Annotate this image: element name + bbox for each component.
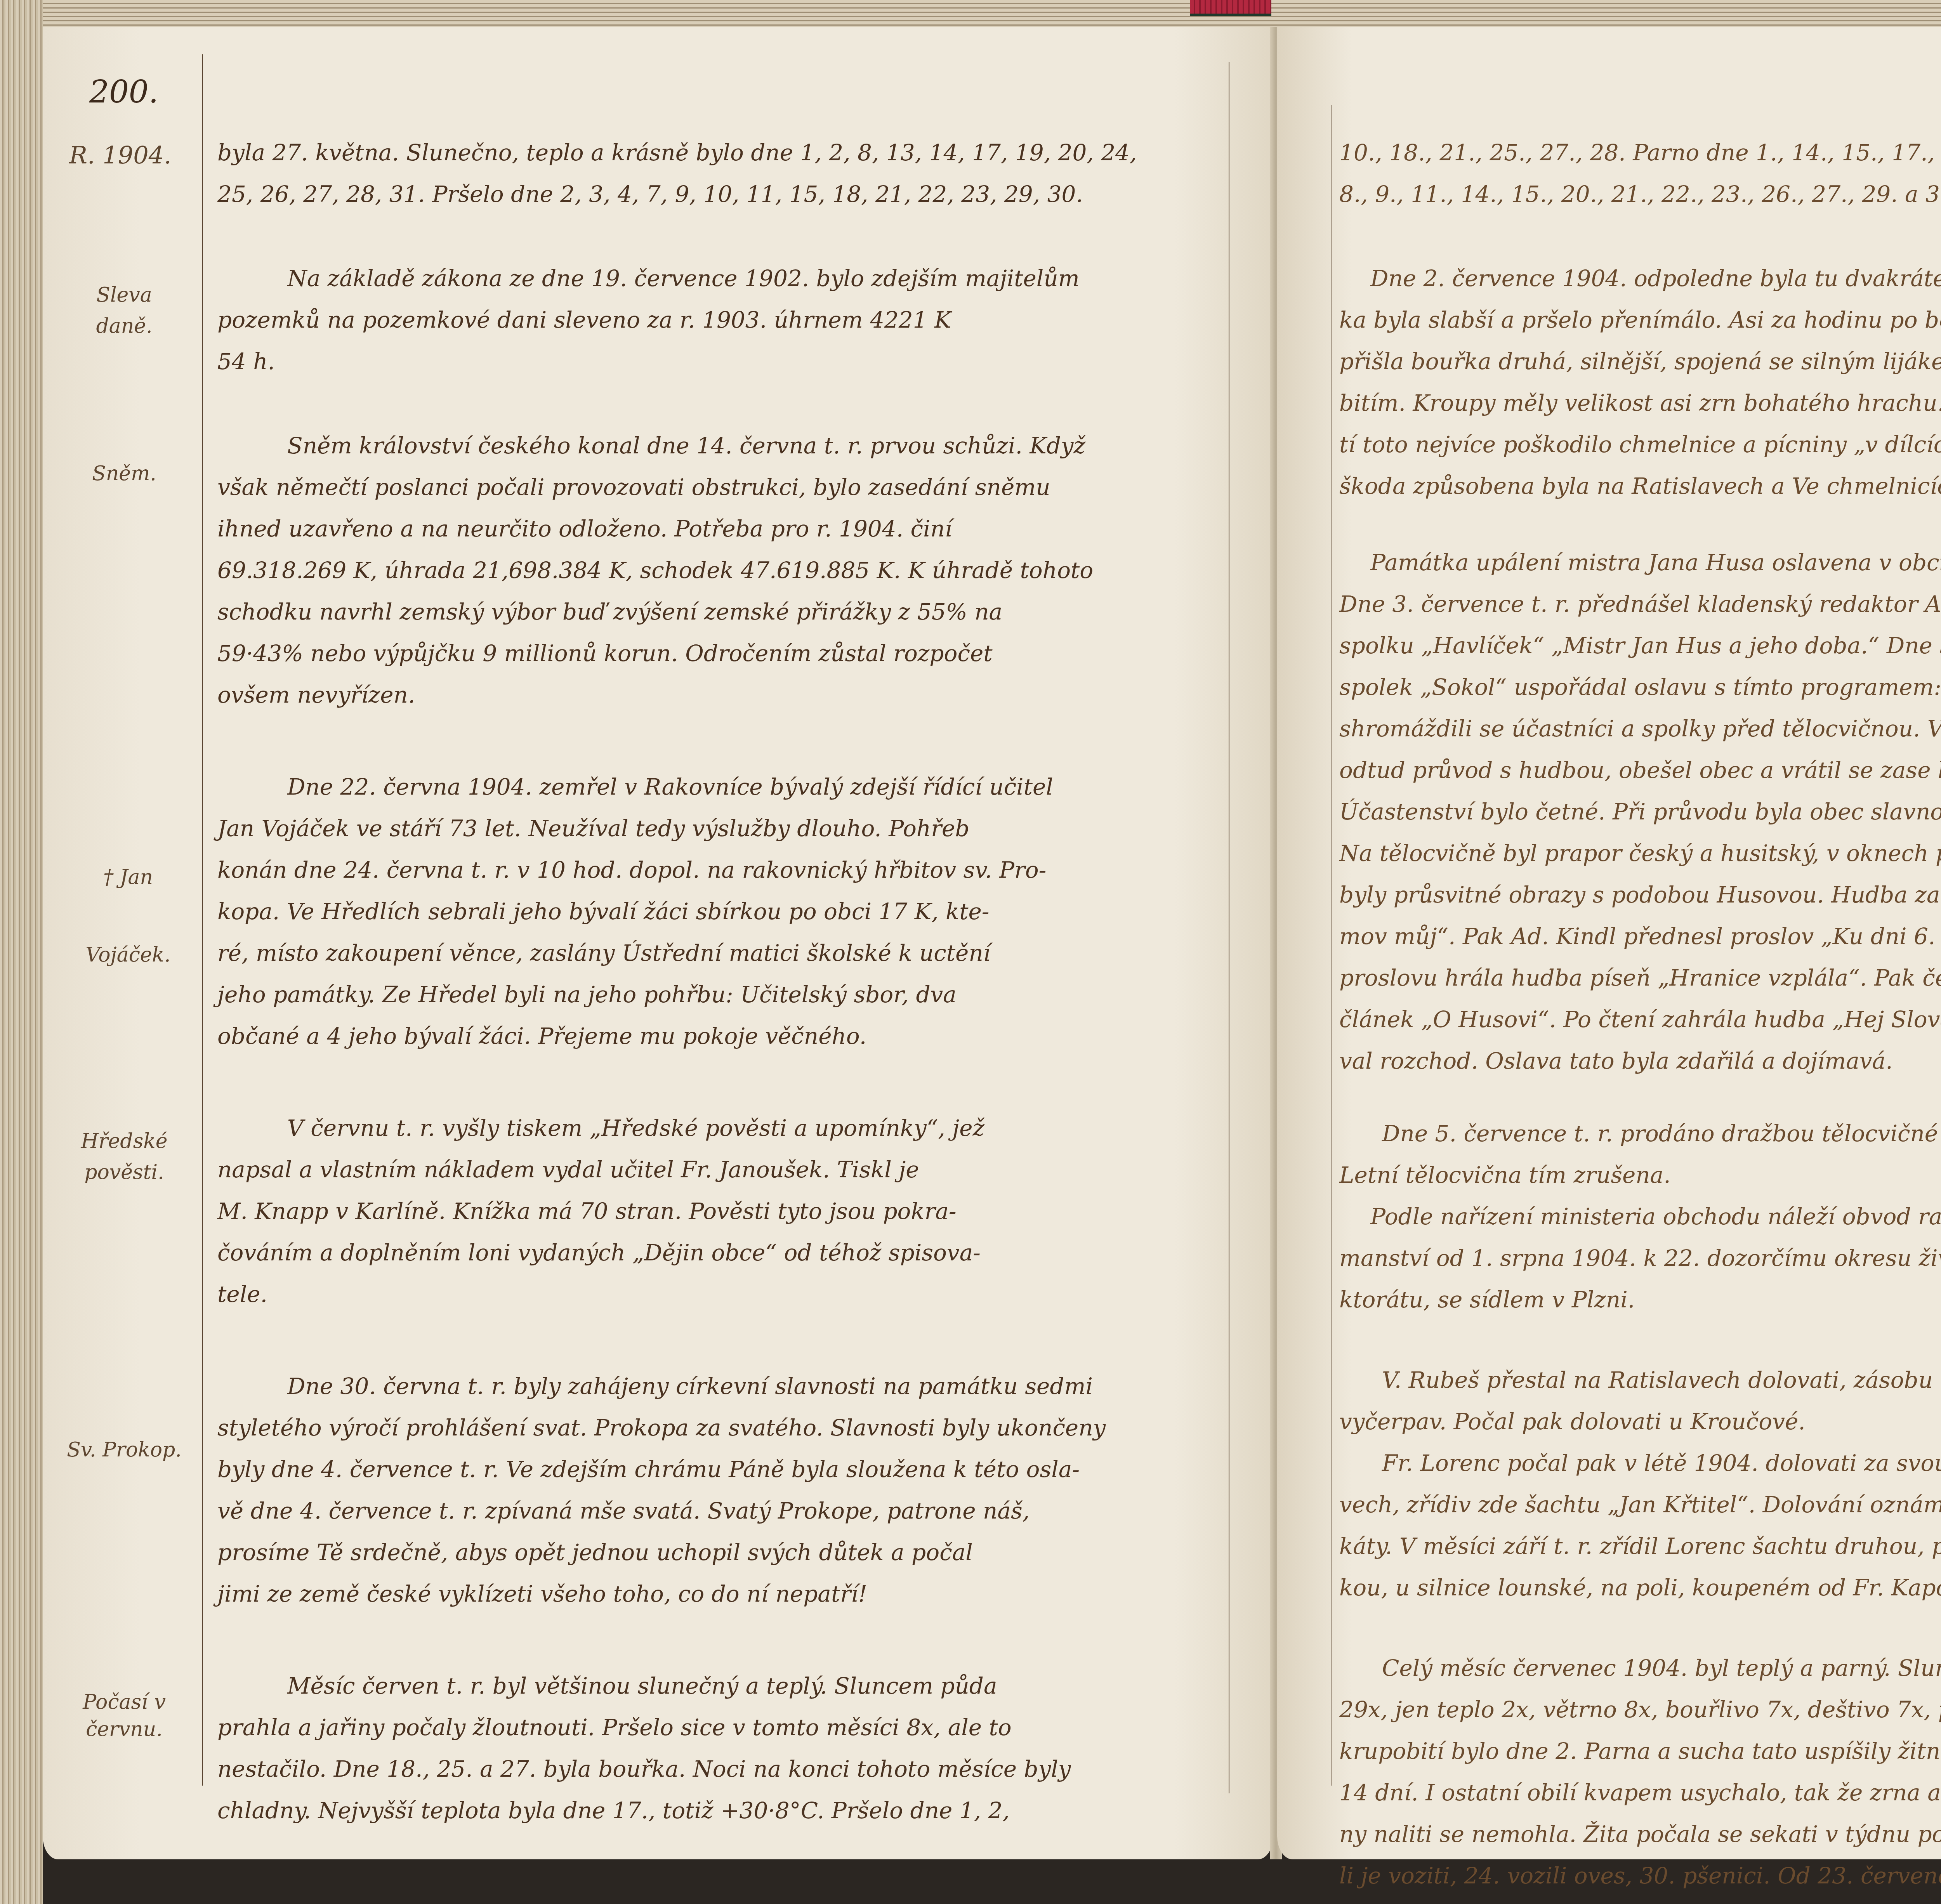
entry-snem: Sněm království českého konal dne 14. če… [217,425,1227,716]
entry-hredske-povesti: V červnu t. r. vyšly tiskem „Hředské pov… [217,1107,1227,1315]
text-line: 54 h. [217,341,1227,382]
text-line: článek „O Husovi“. Po čtení zahrála hudb… [1339,999,1941,1040]
text-line: Měsíc červen t. r. byl většinou slunečný… [217,1665,1227,1707]
text-line: ré, místo zakoupení věnce, zaslány Ústře… [217,932,1227,974]
text-line: manství od 1. srpna 1904. k 22. dozorčím… [1339,1238,1941,1279]
text-line: krupobití bylo dne 2. Parna a sucha tato… [1339,1730,1941,1772]
text-line: ihned uzavřeno a na neurčito odloženo. P… [217,508,1227,550]
entry-continuation: 10., 18., 21., 25., 27., 28. Parno dne 1… [1339,132,1941,215]
text-line: přišla bouřka druhá, silnější, spojená s… [1339,341,1941,382]
text-line: Fr. Lorenc počal pak v létě 1904. dolova… [1339,1442,1941,1484]
text-line: ka byla slabší a pršelo přenímálo. Asi z… [1339,299,1941,341]
text-line: M. Knapp v Karlíně. Knížka má 70 stran. … [217,1191,1227,1232]
text-line: 14 dní. I ostatní obilí kvapem usychalo,… [1339,1772,1941,1814]
page-stack-left [0,0,43,1904]
entry-oslava-husa: Památka upálení mistra Jana Husa oslaven… [1339,542,1941,1082]
text-line: shromáždili se účastníci a spolky před t… [1339,708,1941,750]
text-line: 8., 9., 11., 14., 15., 20., 21., 22., 23… [1339,174,1941,215]
page-stack-top [43,0,1941,29]
text-line: vech, zřídiv zde šachtu „Jan Křtitel“. D… [1339,1484,1941,1526]
text-line: byly dne 4. července t. r. Ve zdejším ch… [217,1449,1227,1490]
entry-telocvicna: Dne 5. července t. r. prodáno dražbou tě… [1339,1113,1941,1196]
page-201-text: 10., 18., 21., 25., 27., 28. Parno dne 1… [1339,132,1941,1897]
text-line: odtud průvod s hudbou, obešel obec a vrá… [1339,750,1941,791]
text-line: 25, 26, 27, 28, 31. Pršelo dne 2, 3, 4, … [217,174,1227,215]
margin-note-snem: Sněm. [66,458,182,489]
page-200-text: byla 27. května. Slunečno, teplo a krásn… [217,132,1227,1831]
text-line: Dne 2. července 1904. odpoledne byla tu … [1339,258,1941,299]
text-line: prosíme Tě srdečně, abys opět jednou uch… [217,1532,1227,1573]
text-line: občané a 4 jeho bývalí žáci. Přejeme mu … [217,1015,1227,1057]
text-line: Na základě zákona ze dne 19. července 19… [217,258,1227,299]
margin-note-hredske-povesti: Hředské pověsti. [66,1126,182,1188]
text-line: Celý měsíc červenec 1904. byl teplý a pa… [1339,1647,1941,1689]
text-line: spolku „Havlíček“ „Mistr Jan Hus a jeho … [1339,625,1941,666]
text-line: Sněm království českého konal dne 14. če… [217,425,1227,467]
text-line: V. Rubeš přestal na Ratislavech dolovati… [1339,1359,1941,1401]
open-book: 200. R. 1904. Sleva daně. Sněm. † Jan Vo… [0,0,1941,1904]
entry-vojacek: Dne 22. června 1904. zemřel v Rakovníce … [217,766,1227,1057]
text-line: napsal a vlastním nákladem vydal učitel … [217,1149,1227,1191]
text-line: Letní tělocvična tím zrušena. [1339,1154,1941,1196]
text-line: Na tělocvičně byl prapor český a husitsk… [1339,833,1941,874]
text-line: 10., 18., 21., 25., 27., 28. Parno dne 1… [1339,132,1941,174]
year-label: R. 1904. [47,140,194,171]
page-201: 201. R. 1904. Krupobití. Oslava Husa. Sí… [1277,27,1941,1859]
text-line: kou, u silnice lounské, na poli, koupené… [1339,1567,1941,1609]
page-number: 200. [89,74,158,110]
text-line: ktorátu, se sídlem v Plzni. [1339,1279,1941,1321]
text-line: 29x, jen teplo 2x, větrno 8x, bouřlivo 7… [1339,1689,1941,1730]
text-line: V červnu t. r. vyšly tiskem „Hředské pov… [217,1107,1227,1149]
text-line: Jan Vojáček ve stáří 73 let. Neužíval te… [217,808,1227,849]
text-line: škoda způsobena byla na Ratislavech a Ve… [1339,465,1941,507]
entry-continuation: byla 27. května. Slunečno, teplo a krásn… [217,132,1227,215]
text-line: schodku navrhl zemský výbor buď zvýšení … [217,591,1227,633]
text-line: Podle nařízení ministeria obchodu náleží… [1339,1196,1941,1238]
entry-dolovani: V. Rubeš přestal na Ratislavech dolovati… [1339,1359,1941,1609]
text-line: 69.318.269 K, úhrada 21,698.384 K, schod… [217,550,1227,591]
margin-rule-right [1229,62,1229,1793]
text-line: li je voziti, 24. vozili oves, 30. pšeni… [1339,1855,1941,1897]
entry-sleva-dane: Na základě zákona ze dne 19. července 19… [217,258,1227,382]
text-line: mov můj“. Pak Ad. Kindl přednesl proslov… [1339,916,1941,957]
bookmark-ribbon [1190,0,1271,16]
text-line: proslovu hrála hudba píseň „Hranice vzpl… [1339,957,1941,999]
text-line: Památka upálení mistra Jana Husa oslaven… [1339,542,1941,583]
text-line: ovšem nevyřízen. [217,674,1227,716]
text-line: byly průsvitné obrazy s podobou Husovou.… [1339,874,1941,916]
text-line: ny naliti se nemohla. Žita počala se sek… [1339,1814,1941,1855]
text-line: styletého výročí prohlášení svat. Prokop… [217,1407,1227,1449]
entry-sv-prokop: Dne 30. června t. r. byly zahájeny círke… [217,1366,1227,1615]
text-line: byla 27. května. Slunečno, teplo a krásn… [217,132,1227,174]
entry-sidlo-inspekt: Podle nařízení ministeria obchodu náleží… [1339,1196,1941,1321]
page-200: 200. R. 1904. Sleva daně. Sněm. † Jan Vo… [43,27,1273,1859]
entry-pocasi-cerven: Měsíc červen t. r. byl většinou slunečný… [217,1665,1227,1831]
text-line: Dne 30. června t. r. byly zahájeny círke… [217,1366,1227,1407]
text-line: kopa. Ve Hředlích sebrali jeho bývalí žá… [217,891,1227,932]
margin-note-pocasi-cerven: Počasí v červnu. [74,1689,175,1743]
text-line: jeho památky. Ze Hředel byli na jeho poh… [217,974,1227,1015]
text-line: tí toto nejvíce poškodilo chmelnice a pí… [1339,424,1941,465]
text-line: val rozchod. Oslava tato byla zdařilá a … [1339,1040,1941,1082]
text-line: 59·43% nebo výpůjčku 9 millionů korun. O… [217,633,1227,674]
text-line: Dne 22. června 1904. zemřel v Rakovníce … [217,766,1227,808]
text-line: Dne 3. července t. r. přednášel kladensk… [1339,583,1941,625]
text-line: chladny. Nejvyšší teplota byla dne 17., … [217,1790,1227,1831]
text-line: nestačilo. Dne 18., 25. a 27. byla bouřk… [217,1748,1227,1790]
text-line: Dne 5. července t. r. prodáno dražbou tě… [1339,1113,1941,1154]
text-line: pozemků na pozemkové dani sleveno za r. … [217,299,1227,341]
margin-rule-left [202,54,203,1786]
entry-krupobiti: Dne 2. července 1904. odpoledne byla tu … [1339,258,1941,507]
margin-note-sv-prokop: Sv. Prokop. [66,1425,182,1475]
text-line: bitím. Kroupy měly velikost asi zrn boha… [1339,382,1941,424]
text-line: káty. V měsíci září t. r. zřídil Lorenc … [1339,1526,1941,1567]
text-line: Účastenství bylo četné. Při průvodu byla… [1339,791,1941,833]
entry-pocasi-cervenec: Celý měsíc červenec 1904. byl teplý a pa… [1339,1647,1941,1897]
margin-note-sleva-dane: Sleva daně. [66,279,182,342]
margin-rule-left [1332,105,1332,1786]
margin-note-vojacek: † Jan Vojáček. [66,838,190,994]
text-line: konán dne 24. června t. r. v 10 hod. dop… [217,849,1227,891]
text-line: vyčerpav. Počal pak dolovati u Kroučové. [1339,1401,1941,1442]
text-line: tele. [217,1274,1227,1315]
text-line: prahla a jařiny počaly žloutnouti. Pršel… [217,1707,1227,1748]
text-line: čováním a doplněním loni vydaných „Dějin… [217,1232,1227,1274]
text-line: však němečtí poslanci počali provozovati… [217,467,1227,508]
text-line: vě dne 4. července t. r. zpívaná mše sva… [217,1490,1227,1532]
text-line: spolek „Sokol“ uspořádal oslavu s tímto … [1339,666,1941,708]
text-line: jimi ze země české vyklízeti všeho toho,… [217,1573,1227,1615]
